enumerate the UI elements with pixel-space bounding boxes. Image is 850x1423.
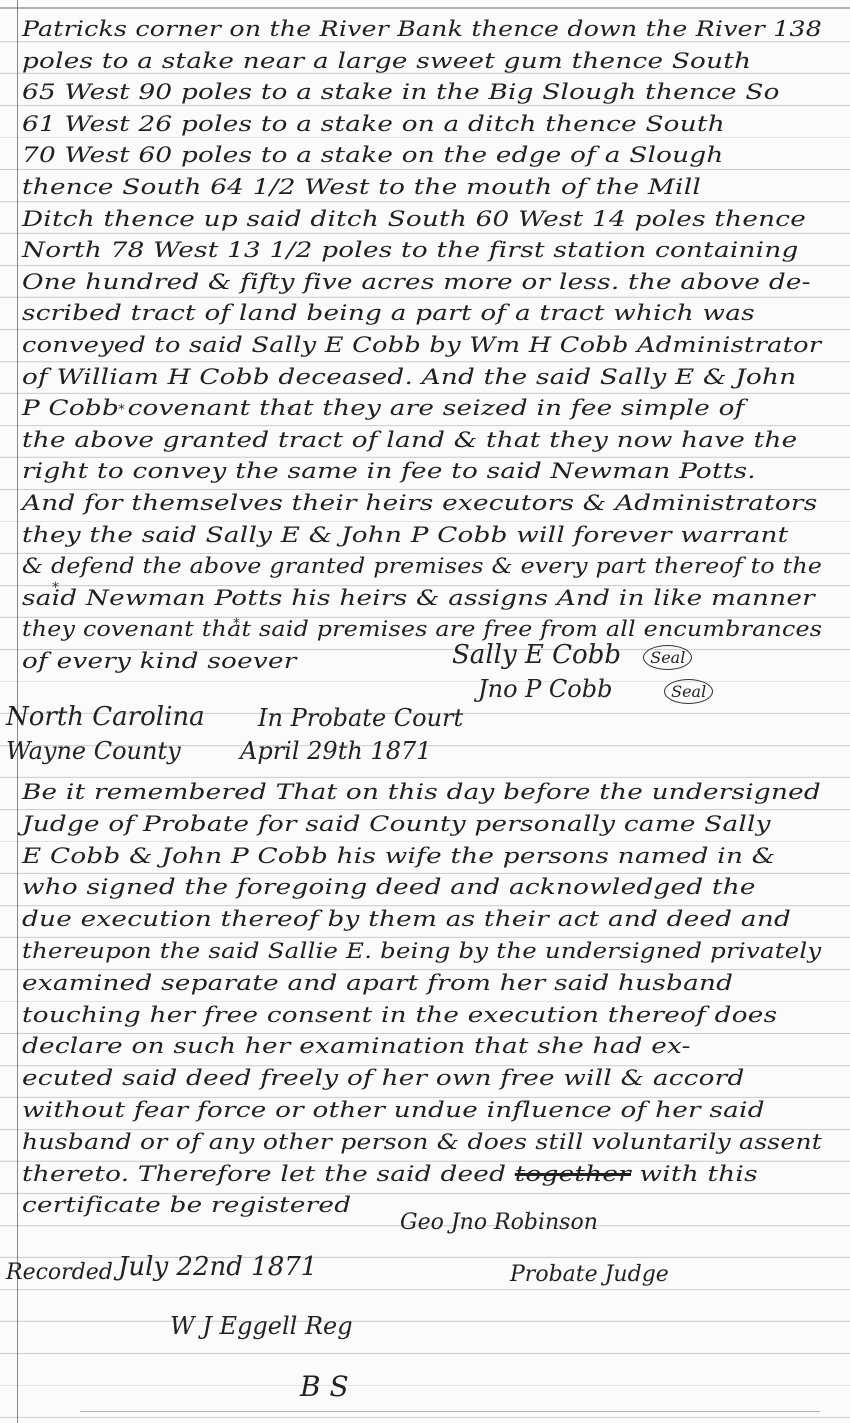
text-line: examined separate and apart from her sai…: [22, 971, 733, 995]
probate-state: North Carolina: [6, 702, 205, 732]
asterisk-mark: *: [233, 616, 240, 632]
recorded-label: Recorded: [6, 1260, 113, 1285]
probate-court: In Probate Court: [258, 704, 463, 732]
text-line: touching her free consent in the executi…: [22, 1003, 777, 1027]
text-line: of every kind soever: [22, 649, 297, 673]
register-signature: W J Eggell Reg: [170, 1312, 353, 1340]
text-line: Judge of Probate for said County persona…: [22, 812, 771, 836]
judge-title: Probate Judge: [510, 1262, 669, 1287]
text-line: they the said Sally E & John P Cobb will…: [22, 523, 788, 547]
probate-date: April 29th 1871: [240, 737, 432, 765]
text-line: right to convey the same in fee to said …: [22, 459, 756, 483]
text-line: And for themselves their heirs executors…: [22, 491, 817, 515]
text-line: 70 West 60 poles to a stake on the edge …: [22, 143, 724, 167]
text-line: Patricks corner on the River Bank thence…: [22, 17, 822, 41]
seal-mark: Seal: [664, 679, 713, 704]
signature-sally-cobb: Sally E Cobb Seal: [452, 640, 692, 670]
text-line: scribed tract of land being a part of a …: [22, 301, 755, 325]
initials: B S: [300, 1370, 349, 1403]
signature-name: Jno P Cobb: [478, 675, 612, 703]
text-line: of William H Cobb deceased. And the said…: [22, 365, 796, 389]
text-line: they covenant that said premises are fre…: [22, 617, 822, 641]
text-line: husband or of any other person & does st…: [22, 1130, 822, 1154]
text-line: declare on such her examination that she…: [22, 1034, 691, 1058]
asterisk-mark: *: [52, 580, 59, 596]
text-line: P Cobb covenant that they are seized in …: [22, 396, 745, 420]
signature-name: Sally E Cobb: [452, 640, 621, 670]
text-line: thence South 64 1/2 West to the mouth of…: [22, 175, 701, 199]
text-line: poles to a stake near a large sweet gum …: [22, 49, 751, 73]
text-line: 61 West 26 poles to a stake on a ditch t…: [22, 112, 725, 136]
bottom-rule: [80, 1411, 820, 1412]
asterisk-mark: *: [118, 402, 125, 418]
text-line: Be it remembered That on this day before…: [22, 780, 821, 804]
top-rule: [0, 7, 850, 9]
text-line: & defend the above granted premises & ev…: [22, 554, 822, 578]
asterisk-mark: *: [287, 404, 294, 420]
probate-county: Wayne County: [6, 737, 181, 765]
text-line: thereto. Therefore let the said deed tog…: [22, 1162, 758, 1186]
seal-mark: Seal: [643, 645, 692, 670]
recorded-date: July 22nd 1871: [118, 1252, 317, 1282]
text-line: conveyed to said Sally E Cobb by Wm H Co…: [22, 333, 821, 357]
text-line: ecuted said deed freely of her own free …: [22, 1066, 745, 1090]
text-line: the above granted tract of land & that t…: [22, 428, 797, 452]
text-line: One hundred & fifty five acres more or l…: [22, 270, 811, 294]
judge-signature: Geo Jno Robinson: [400, 1210, 598, 1235]
strikeout-word: together: [515, 1162, 631, 1186]
text-line: due execution thereof by them as their a…: [22, 907, 791, 931]
signature-jno-cobb: Jno P Cobb Seal: [478, 675, 713, 704]
text-line: thereupon the said Sallie E. being by th…: [22, 939, 821, 963]
text-line: Ditch thence up said ditch South 60 West…: [22, 207, 806, 231]
ruled-paper: Patricks corner on the River Bank thence…: [0, 0, 850, 1423]
text-line: said Newman Potts his heirs & assigns An…: [22, 586, 815, 610]
text-line: without fear force or other undue influe…: [22, 1098, 765, 1122]
text-line: North 78 West 13 1/2 poles to the first …: [22, 238, 799, 262]
text-line: 65 West 90 poles to a stake in the Big S…: [22, 80, 780, 104]
text-line: E Cobb & John P Cobb his wife the person…: [22, 844, 775, 868]
text-line: certificate be registered: [22, 1193, 351, 1217]
text-line: who signed the foregoing deed and acknow…: [22, 875, 756, 899]
